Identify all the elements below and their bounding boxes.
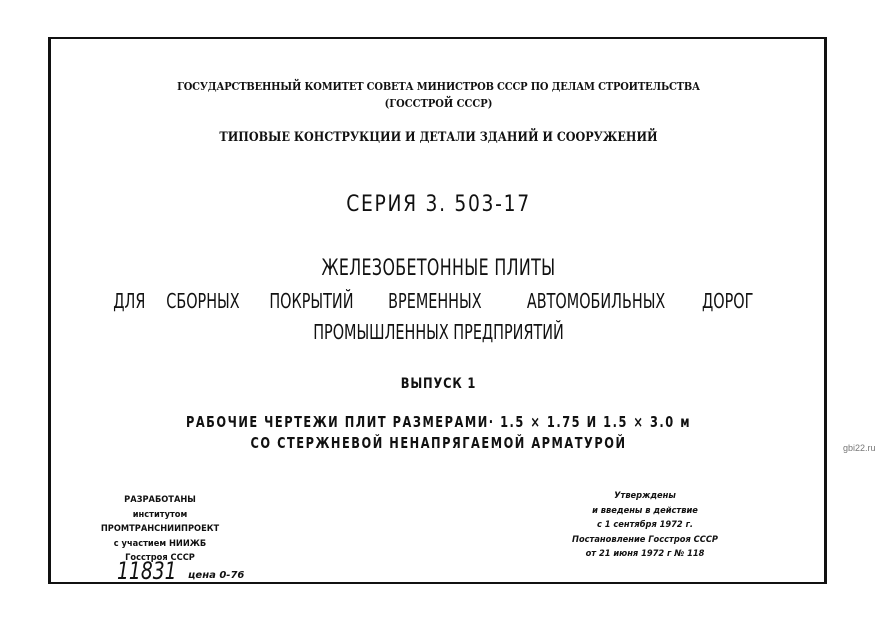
title-line-1: ЖЕЛЕЗОБЕТОННЫЕ ПЛИТЫ [123,256,754,281]
developed-by-line: институтом ПРОМТРАНСНИИПРОЕКТ [77,508,243,537]
title-word: ДЛЯ [113,289,145,313]
description-line-2: СО СТЕРЖНЕВОЙ НЕНАПРЯГАЕМОЙ АРМАТУРОЙ [105,434,772,452]
title-word: ПОКРЫТИЙ [270,289,354,313]
title-word: ВРЕМЕННЫХ [388,289,481,313]
title-line-3: ПРОМЫШЛЕННЫХ ПРЕДПРИЯТИЙ [123,320,754,344]
watermark-text: gbi22.ru [843,443,876,453]
title-word: ДОРОГ [702,289,753,313]
title-word: АВТОМОБИЛЬНЫХ [527,289,665,313]
developed-by-line: РАЗРАБОТАНЫ [77,493,243,508]
price-label: цена 0-76 [188,570,244,581]
title-line-2: ДЛЯ СБОРНЫХ ПОКРЫТИЙ ВРЕМЕННЫХ АВТОМОБИЛ… [107,289,733,313]
developed-by-block: РАЗРАБОТАНЫ институтом ПРОМТРАНСНИИПРОЕК… [77,493,243,566]
typical-constructions-heading: ТИПОВЫЕ КОНСТРУКЦИИ И ДЕТАЛИ ЗДАНИЙ И СО… [61,130,815,145]
approval-line: Утверждены [553,489,737,504]
organization-line-1: ГОСУДАРСТВЕННЫЙ КОМИТЕТ СОВЕТА МИНИСТРОВ… [61,79,815,93]
catalog-number: 11831 [117,557,177,585]
developed-by-line: с участием НИИЖБ [77,537,243,552]
approval-line: с 1 сентября 1972 г. [553,518,737,533]
title-word: СБОРНЫХ [166,289,239,313]
approval-line: и введены в действие [553,504,737,519]
description-line-1: РАБОЧИЕ ЧЕРТЕЖИ ПЛИТ РАЗМЕРАМИ· 1.5 × 1.… [105,413,772,431]
organization-line-2: (ГОССТРОЙ СССР) [61,96,815,110]
issue-number: ВЫПУСК 1 [79,376,798,392]
approval-line: Постановление Госстроя СССР [553,533,737,548]
approval-line: от 21 июня 1972 г № 118 [553,547,737,562]
series-number: СЕРИЯ 3. 503-17 [66,192,811,217]
approval-block: Утверждены и введены в действие с 1 сент… [553,489,737,562]
